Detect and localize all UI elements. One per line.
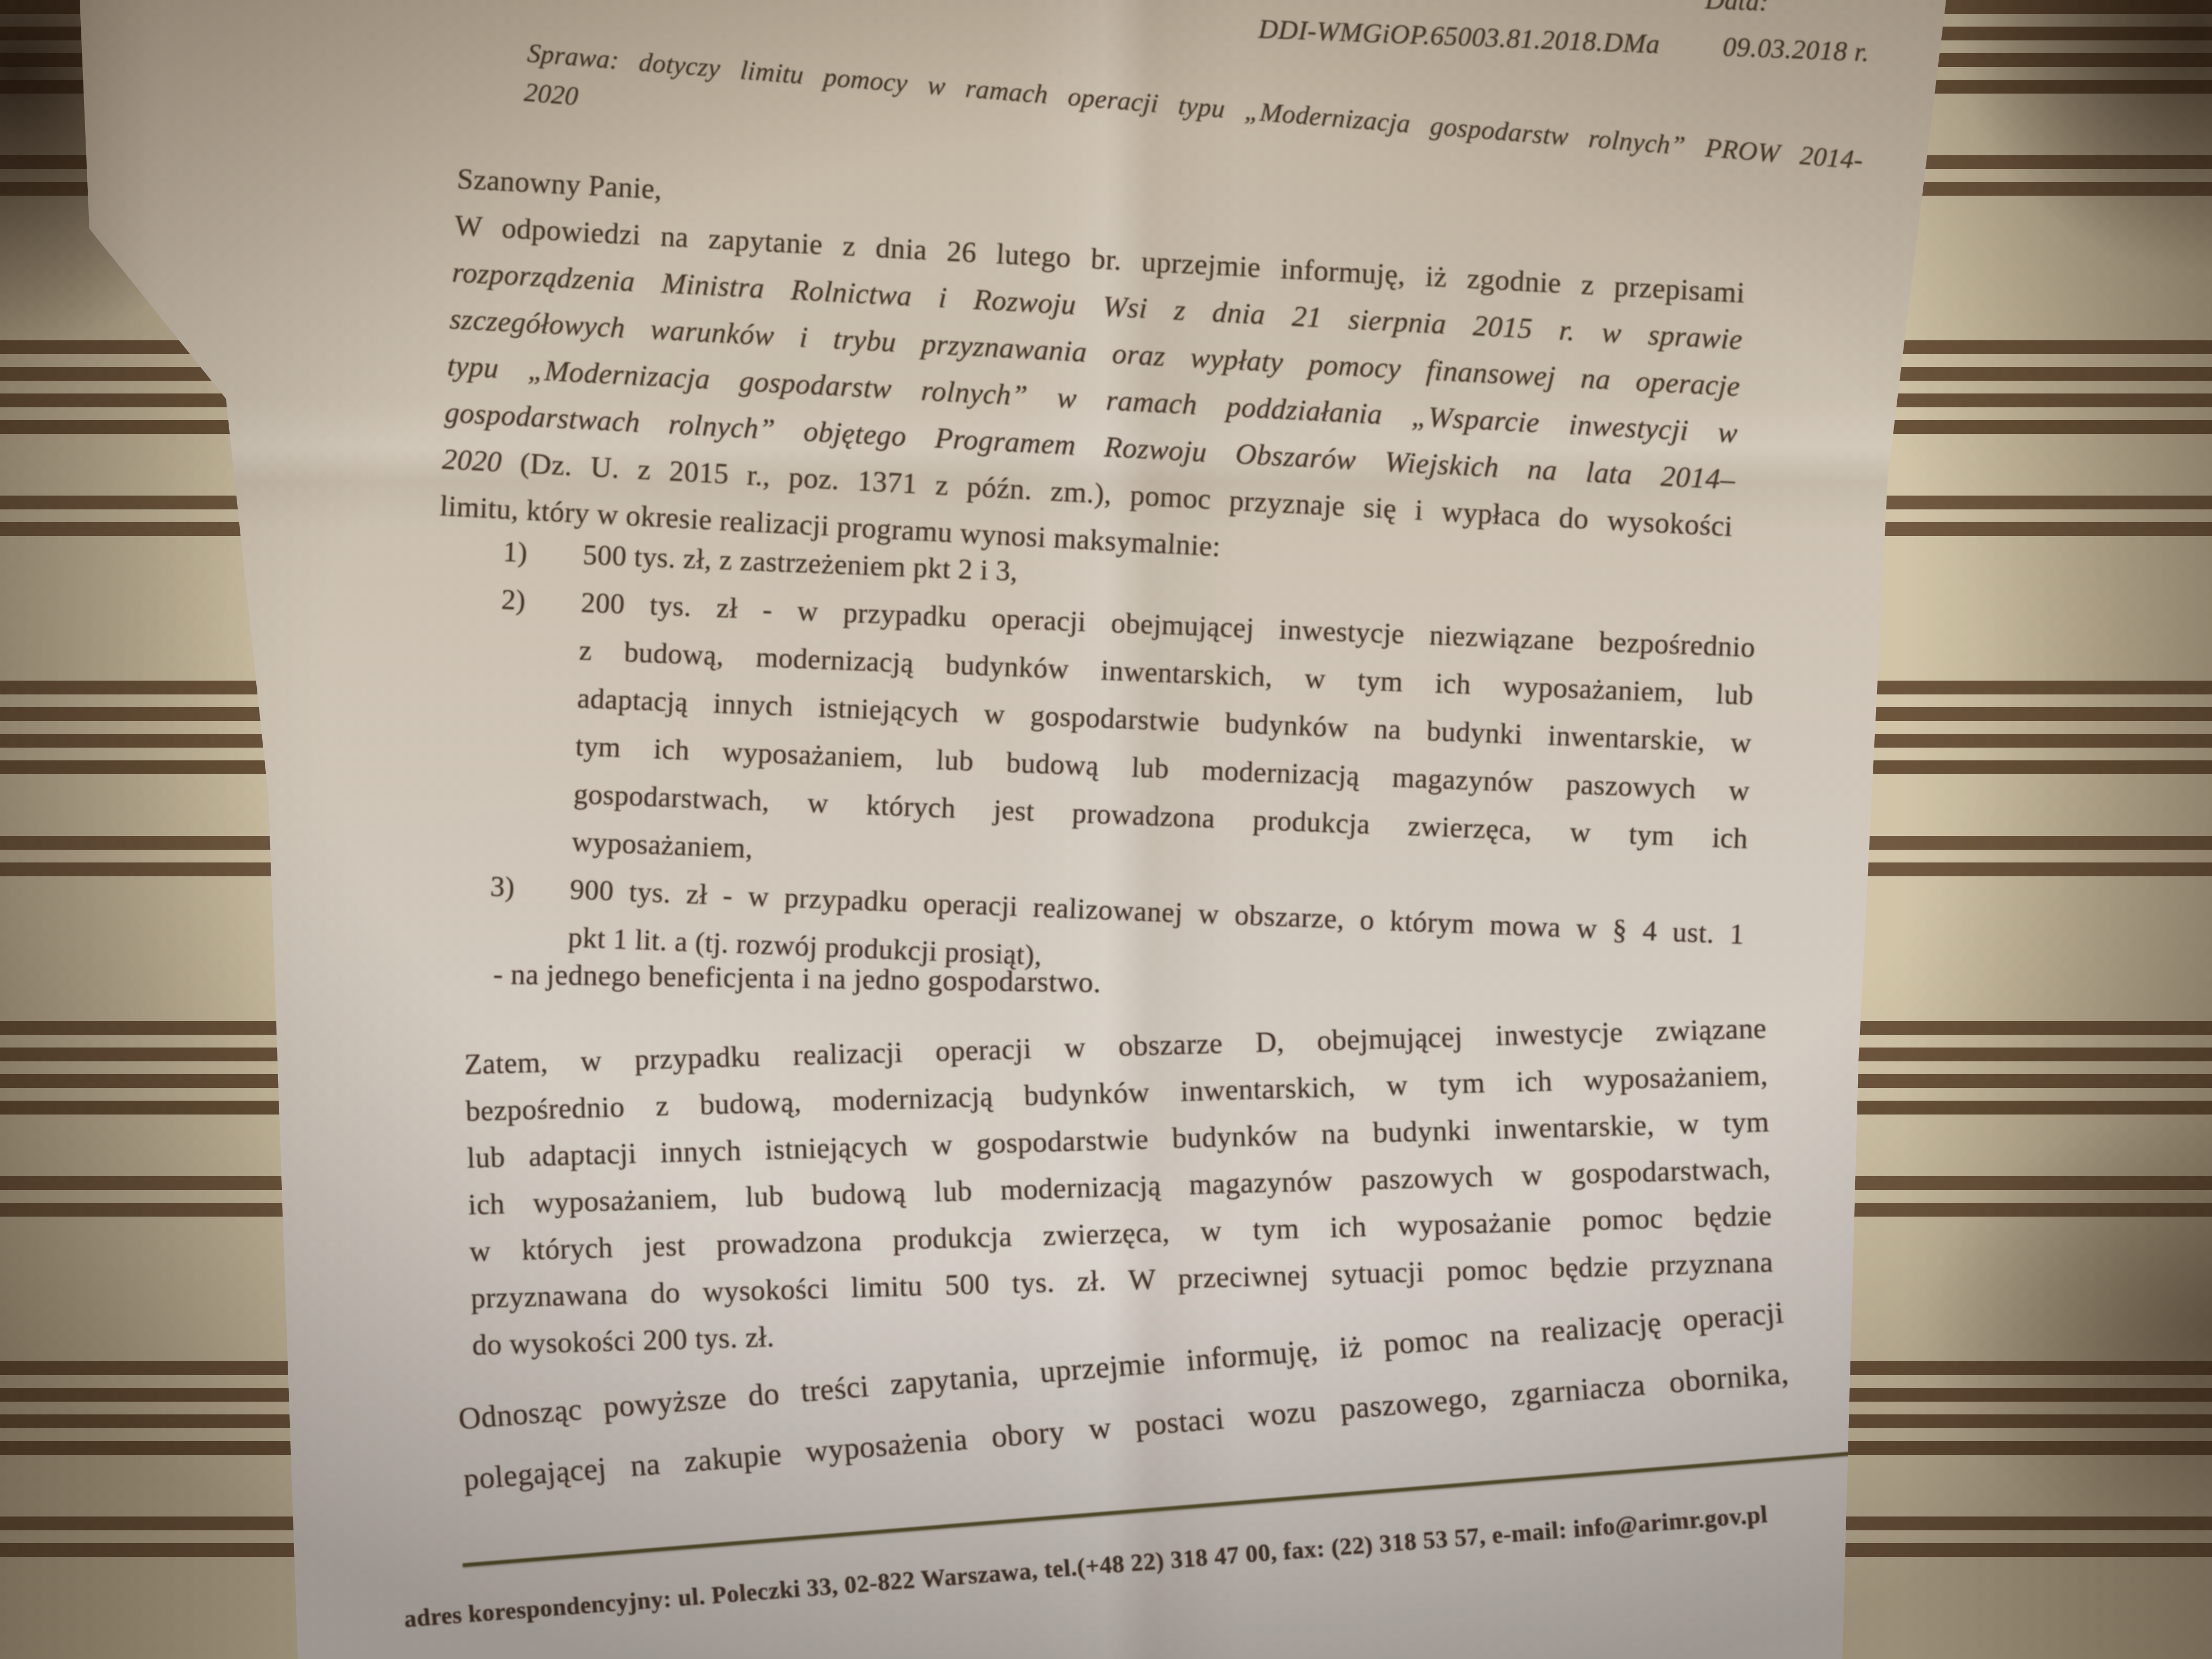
list-item-marker: 3) <box>488 862 571 961</box>
limits-list: 1) 500 tys. zł, z zastrzeżeniem pkt 2 i … <box>488 527 1758 1006</box>
list-item-marker: 1) <box>502 527 584 579</box>
list-item-text: 200 tys. zł - w przypadku operacji obejm… <box>571 579 1756 910</box>
footer-contact-line: adres korespondencyjny: ul. Poleczki 33,… <box>403 1500 1769 1633</box>
salutation-and-intro-paragraph: Szanowny Panie,W odpowiedzi na zapytanie… <box>439 155 1749 597</box>
photo-of-letter: Data: DDI-WMGiOP.65003.81.2018.DMa 09.03… <box>0 0 2212 1659</box>
reference-line: DDI-WMGiOP.65003.81.2018.DMa 09.03.2018 … <box>1258 14 1870 68</box>
list-item-2: 2) 200 tys. zł - w przypadku operacji ob… <box>491 575 1756 910</box>
date-label: Data: <box>1705 0 1769 17</box>
reference-number: DDI-WMGiOP.65003.81.2018.DMa <box>1258 14 1661 60</box>
letter-date: 09.03.2018 r. <box>1722 32 1870 68</box>
list-item-marker: 2) <box>491 575 582 865</box>
